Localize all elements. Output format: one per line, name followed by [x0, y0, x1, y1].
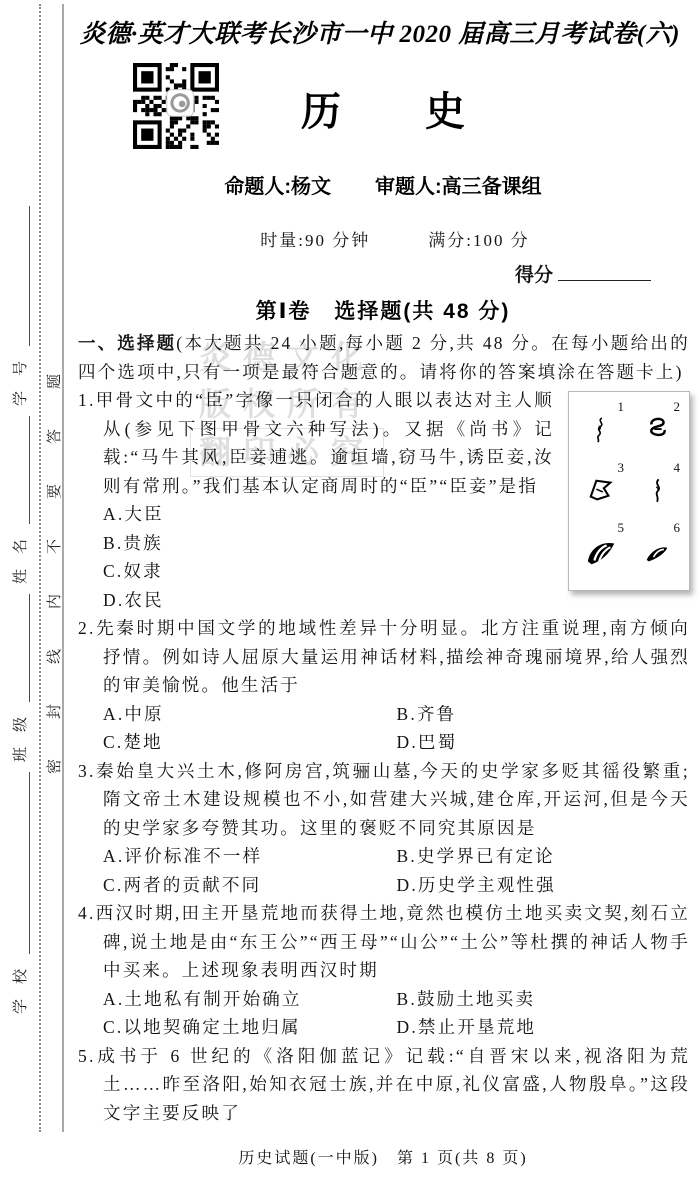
glyph-number-6: 6 [674, 521, 681, 534]
oracle-bone-figure: 1 2 3 4 5 [568, 391, 690, 591]
field-label-class: 班级 [9, 702, 30, 762]
score-blank-line [558, 261, 651, 281]
reviewer-label: 审题人:高三备课组 [375, 176, 542, 198]
question-3-text: 3.秦始皇大兴土木,修阿房宫,筑骊山墓,今天的史学家多贬其徭役繁重;隋文帝土木建… [78, 757, 690, 843]
exam-paper-page: 学校 班级 姓名 学号 密封线内不要答题 炎德·英才大联考长沙市一中 2020 … [0, 0, 700, 1190]
question-3-option-a: A.评价标准不一样 [103, 842, 397, 871]
question-3-options: A.评价标准不一样 B.史学界已有定论 C.两者的贡献不同 D.历史学主观性强 [78, 842, 690, 899]
seal-dotted-line [39, 4, 41, 1132]
question-5-text: 5.成书于 6 世纪的《洛阳伽蓝记》记载:“自晋宋以来,视洛阳为荒土……昨至洛阳… [78, 1042, 690, 1128]
question-4-option-d: D.禁止开垦荒地 [397, 1013, 691, 1042]
section-heading: 第Ⅰ卷 选择题(共 48 分) [66, 295, 700, 325]
page-footer: 历史试题(一中版) 第 1 页(共 8 页) [66, 1145, 700, 1168]
question-4-number: 4. [78, 903, 96, 923]
oracle-glyph-1: 1 [573, 400, 629, 461]
field-label-school: 学校 [9, 954, 30, 1014]
seal-line-text: 密封线内不要答题 [43, 334, 64, 774]
field-line-student-number [13, 206, 30, 346]
section-intro: 一、选择题(本大题共 24 小题,每小题 2 分,共 48 分。在每小题给出的四… [78, 329, 690, 386]
student-info-fields: 学校 班级 姓名 学号 [4, 99, 30, 1014]
field-name: 姓名 [9, 416, 30, 584]
question-2-options: A.中原 B.齐鲁 C.楚地 D.巴蜀 [78, 700, 690, 757]
field-school: 学校 [9, 772, 30, 1014]
question-4-text: 4.西汉时期,田主开垦荒地而获得土地,竟然也模仿土地买卖文契,刻石立碑,说土地是… [78, 899, 690, 985]
questions-area: 一、选择题(本大题共 24 小题,每小题 2 分,共 48 分。在每小题给出的四… [78, 329, 690, 1127]
question-2-option-b: B.齐鲁 [397, 700, 691, 729]
question-4-options: A.土地私有制开始确立 B.鼓励土地买卖 C.以地契确定土地归属 D.禁止开垦荒… [78, 985, 690, 1042]
question-4-option-c: C.以地契确定土地归属 [103, 1013, 397, 1042]
question-2-option-a: A.中原 [103, 700, 397, 729]
question-5-number: 5. [78, 1046, 96, 1066]
glyph-number-2: 2 [674, 400, 681, 413]
intro-lead: 一、选择题 [78, 333, 176, 353]
glyph-number-5: 5 [618, 521, 625, 534]
exam-meta-line: 时量:90 分钟满分:100 分 [90, 226, 700, 251]
setter-reviewer-line: 命题人:杨文审题人:高三备课组 [66, 170, 700, 199]
question-3-option-c: C.两者的贡献不同 [103, 871, 397, 900]
field-line-name [13, 416, 30, 524]
score-label: 得分 [515, 265, 553, 286]
oracle-glyph-5: 5 [573, 521, 629, 582]
question-2-option-d: D.巴蜀 [397, 728, 691, 757]
question-2-option-c: C.楚地 [103, 728, 397, 757]
subject-char-1: 历 [301, 90, 341, 134]
question-3-option-d: D.历史学主观性强 [397, 871, 691, 900]
field-line-class [13, 594, 30, 702]
question-5: 5.成书于 6 世纪的《洛阳伽蓝记》记载:“自晋宋以来,视洛阳为荒土……昨至洛阳… [78, 1042, 690, 1128]
field-label-student-number: 学号 [9, 346, 30, 406]
field-student-number: 学号 [9, 206, 30, 406]
duration-label: 时量:90 分钟 [260, 231, 370, 250]
paper-title: 炎德·英才大联考长沙市一中 2020 届高三月考试卷(六) [66, 14, 694, 50]
question-3: 3.秦始皇大兴土木,修阿房宫,筑骊山墓,今天的史学家多贬其徭役繁重;隋文帝土木建… [78, 757, 690, 900]
question-4-option-b: B.鼓励土地买卖 [397, 985, 691, 1014]
question-2-number: 2. [78, 618, 96, 638]
oracle-glyph-3: 3 [573, 461, 629, 522]
question-3-number: 3. [78, 761, 96, 781]
subject-char-2: 史 [425, 90, 465, 134]
glyph-number-3: 3 [618, 461, 625, 474]
glyph-number-4: 4 [674, 461, 681, 474]
score-row: 得分 [515, 260, 651, 287]
oracle-glyph-2: 2 [629, 400, 685, 461]
question-1-number: 1. [78, 390, 96, 410]
field-class: 班级 [9, 594, 30, 762]
oracle-glyph-6: 6 [629, 521, 685, 582]
field-line-school [13, 772, 30, 954]
question-3-option-b: B.史学界已有定论 [397, 842, 691, 871]
glyph-number-1: 1 [618, 400, 625, 413]
question-4-option-a: A.土地私有制开始确立 [103, 985, 397, 1014]
subject-title: 历史 [66, 80, 700, 137]
field-label-name: 姓名 [9, 524, 30, 584]
question-4: 4.西汉时期,田主开垦荒地而获得土地,竟然也模仿土地买卖文契,刻石立碑,说土地是… [78, 899, 690, 1042]
question-1: 1 2 3 4 5 [78, 386, 690, 614]
oracle-glyph-4: 4 [629, 461, 685, 522]
question-2: 2.先秦时期中国文学的地域性差异十分明显。北方注重说理,南方倾向抒情。例如诗人屈… [78, 614, 690, 757]
full-marks-label: 满分:100 分 [428, 231, 529, 250]
question-2-text: 2.先秦时期中国文学的地域性差异十分明显。北方注重说理,南方倾向抒情。例如诗人屈… [78, 614, 690, 700]
setter-label: 命题人:杨文 [224, 176, 331, 198]
